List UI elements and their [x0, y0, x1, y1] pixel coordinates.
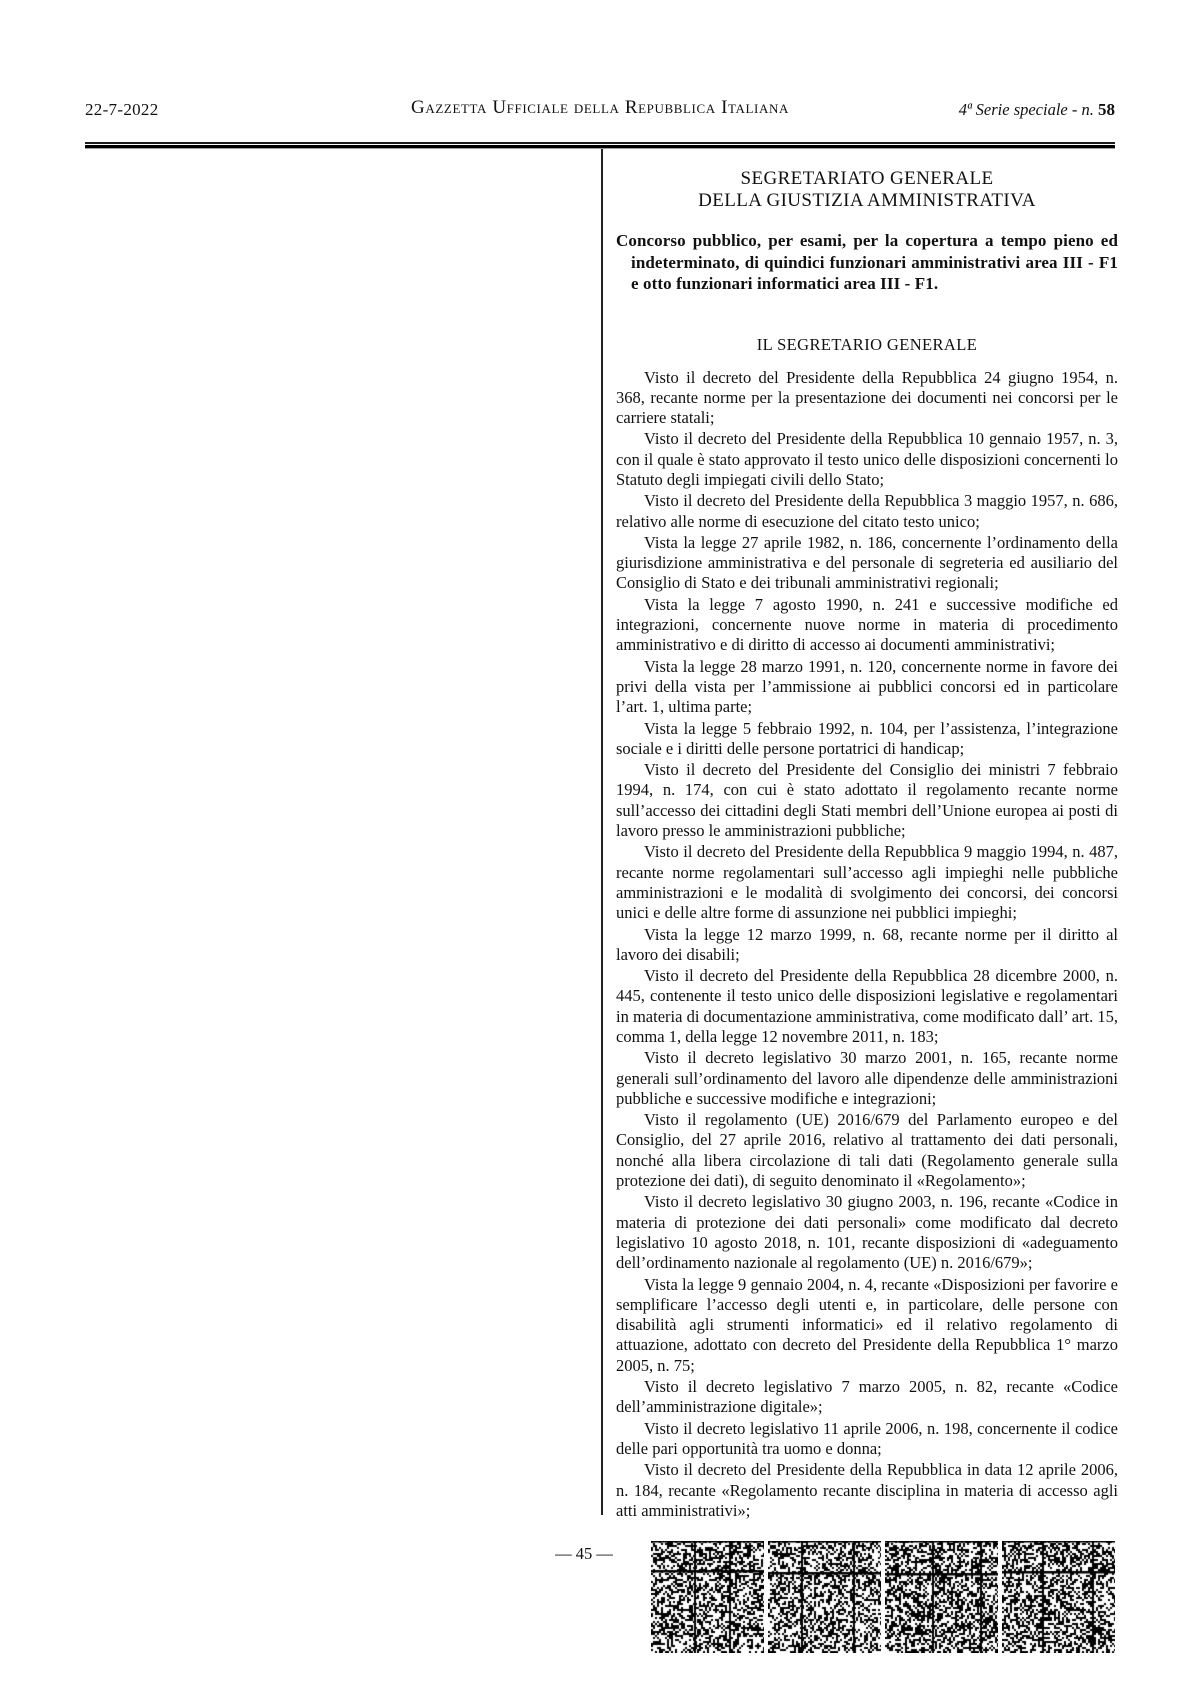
barcode-block — [651, 1541, 764, 1653]
article-paragraph: Visto il decreto legislativo 30 giugno 2… — [616, 1192, 1118, 1273]
article-paragraph: Vista la legge 28 marzo 1991, n. 120, co… — [616, 657, 1118, 718]
article-paragraph: Visto il decreto del Presidente del Cons… — [616, 760, 1118, 841]
header-rule — [85, 142, 1115, 149]
article-column: SEGRETARIATO GENERALEDELLA GIUSTIZIA AMM… — [616, 158, 1118, 1522]
article-paragraph: Visto il decreto legislativo 11 aprile 2… — [616, 1419, 1118, 1460]
article-paragraph: Visto il decreto del Presidente della Re… — [616, 1460, 1118, 1521]
article-paragraph: Visto il decreto del Presidente della Re… — [616, 842, 1118, 923]
article-paragraph: Vista la legge 7 agosto 1990, n. 241 e s… — [616, 595, 1118, 656]
column-divider — [601, 149, 603, 1515]
article-paragraph: Visto il decreto legislativo 7 marzo 200… — [616, 1377, 1118, 1418]
barcode-block — [1002, 1541, 1115, 1653]
article-body: Visto il decreto del Presidente della Re… — [616, 368, 1118, 1522]
article-heading-line2: DELLA GIUSTIZIA AMMINISTRATIVA — [698, 190, 1036, 211]
article-paragraph: Vista la legge 27 aprile 1982, n. 186, c… — [616, 533, 1118, 594]
header-issue: 4ª Serie speciale - n. 58 — [959, 100, 1115, 120]
barcode-block — [885, 1541, 998, 1653]
article-paragraph: Vista la legge 5 febbraio 1992, n. 104, … — [616, 719, 1118, 760]
page-number: — 45 — — [538, 1544, 630, 1564]
barcode-block — [768, 1541, 881, 1653]
header-issue-series: 4ª Serie speciale - n. — [959, 100, 1098, 119]
article-paragraph: Visto il decreto del Presidente della Re… — [616, 966, 1118, 1047]
article-paragraph: Visto il decreto legislativo 30 marzo 20… — [616, 1048, 1118, 1109]
article-heading-line1: SEGRETARIATO GENERALE — [741, 168, 994, 189]
article-paragraph: Visto il decreto del Presidente della Re… — [616, 491, 1118, 532]
article-paragraph: Vista la legge 9 gennaio 2004, n. 4, rec… — [616, 1275, 1118, 1376]
header-issue-number: 58 — [1098, 100, 1115, 119]
article-heading: SEGRETARIATO GENERALEDELLA GIUSTIZIA AMM… — [616, 168, 1118, 212]
barcode — [651, 1541, 1118, 1653]
article-subheading: IL SEGRETARIO GENERALE — [616, 335, 1118, 354]
gazette-page: 22-7-2022 Gazzetta Ufficiale della Repub… — [0, 0, 1200, 1698]
article-paragraph: Vista la legge 12 marzo 1999, n. 68, rec… — [616, 925, 1118, 966]
article-paragraph: Visto il decreto del Presidente della Re… — [616, 368, 1118, 429]
article-paragraph: Visto il decreto del Presidente della Re… — [616, 429, 1118, 490]
article-summary: Concorso pubblico, per esami, per la cop… — [616, 230, 1118, 295]
article-paragraph: Visto il regolamento (UE) 2016/679 del P… — [616, 1110, 1118, 1191]
